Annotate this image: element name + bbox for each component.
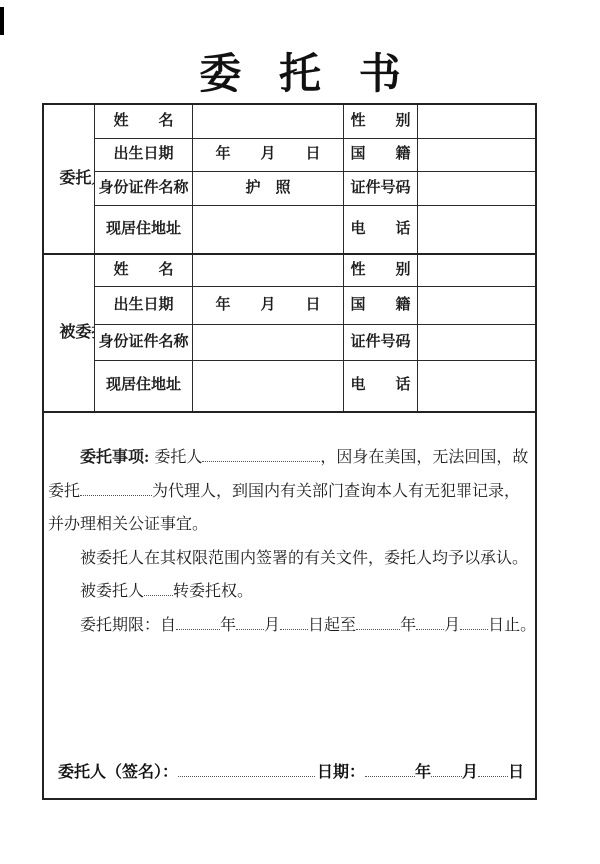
agent-gender-label: 性 别 <box>344 255 418 287</box>
term-start-month-blank <box>236 613 264 630</box>
subdelegation-blank <box>144 579 173 596</box>
signature-label: 委托人（签名）： <box>58 764 178 781</box>
agent-address-label: 现居住地址 <box>95 361 193 411</box>
agent-idnumber-label: 证件号码 <box>344 325 418 361</box>
principal-phone-label: 电 话 <box>344 206 418 253</box>
clause-entrustment-line1: 委托事项:委托人，因身在美国，无法回国，故 <box>48 441 531 475</box>
term-end-month-blank <box>416 613 444 630</box>
date-month-blank <box>431 760 462 777</box>
principal-idnumber-label: 证件号码 <box>344 172 418 206</box>
section-principal: 委托人 姓 名 性 别 出生日期 年 月 日 国 籍 身份证件名称 护 照 证件… <box>44 105 535 255</box>
clause-term: 委托期限：自年月日起至年月日止。 <box>48 609 531 643</box>
principal-name-value <box>193 105 344 139</box>
agent-birthdate-value: 年 月 日 <box>193 287 344 325</box>
agent-party-header: 被委托人 <box>44 255 95 411</box>
principal-gender-value <box>418 105 535 139</box>
signature-line: 委托人（签名）：日期：年月日 <box>58 756 529 790</box>
clause-acknowledgement: 被委托人在其权限范围内签署的有关文件，委托人均予以承认。 <box>48 542 531 576</box>
clause-heading: 委托事项: <box>80 449 149 466</box>
principal-address-label: 现居住地址 <box>95 206 193 253</box>
agent-address-value <box>193 361 344 411</box>
principal-name-blank <box>202 445 320 462</box>
principal-address-value <box>193 206 344 253</box>
principal-nationality-value <box>418 139 535 172</box>
clauses-section: 委托事项:委托人，因身在美国，无法回国，故 委托为代理人，到国内有关部门查询本人… <box>44 413 535 796</box>
clause-entrustment-line3: 并办理相关公证事宜。 <box>48 508 531 542</box>
agent-name-label: 姓 名 <box>95 255 193 287</box>
principal-phone-value <box>418 206 535 253</box>
term-end-year-blank <box>356 613 400 630</box>
authorization-letter-page: { "title": "委托书", "form": { "sections": … <box>0 0 600 864</box>
agent-birthdate-label: 出生日期 <box>95 287 193 325</box>
agent-gender-value <box>418 255 535 287</box>
authorization-form: 委托人 姓 名 性 别 出生日期 年 月 日 国 籍 身份证件名称 护 照 证件… <box>42 103 537 800</box>
agent-name-value <box>193 255 344 287</box>
principal-nationality-label: 国 籍 <box>344 139 418 172</box>
principal-name-label: 姓 名 <box>95 105 193 139</box>
clause-entrustment-line2: 委托为代理人，到国内有关部门查询本人有无犯罪记录， <box>48 475 531 509</box>
agent-phone-value <box>418 361 535 411</box>
scan-artifact-mark <box>0 7 4 35</box>
agent-nationality-value <box>418 287 535 325</box>
date-year-blank <box>365 760 415 777</box>
principal-idtype-label: 身份证件名称 <box>95 172 193 206</box>
agent-phone-label: 电 话 <box>344 361 418 411</box>
section-agent: 被委托人 姓 名 性 别 出生日期 年 月 日 国 籍 身份证件名称 证件号码 … <box>44 255 535 413</box>
principal-idtype-value: 护 照 <box>193 172 344 206</box>
agent-idtype-label: 身份证件名称 <box>95 325 193 361</box>
date-label: 日期： <box>317 764 365 781</box>
date-day-blank <box>478 760 508 777</box>
term-end-day-blank <box>460 613 488 630</box>
agent-nationality-label: 国 籍 <box>344 287 418 325</box>
principal-birthdate-label: 出生日期 <box>95 139 193 172</box>
principal-idnumber-value <box>418 172 535 206</box>
page-title: 委托书 <box>0 0 600 97</box>
signature-blank <box>178 760 315 777</box>
clause-subdelegation: 被委托人转委托权。 <box>48 575 531 609</box>
agent-idtype-value <box>193 325 344 361</box>
principal-birthdate-value: 年 月 日 <box>193 139 344 172</box>
agent-name-blank <box>80 479 152 496</box>
principal-gender-label: 性 别 <box>344 105 418 139</box>
agent-idnumber-value <box>418 325 535 361</box>
term-start-year-blank <box>176 613 220 630</box>
principal-party-header: 委托人 <box>44 105 95 253</box>
term-start-day-blank <box>280 613 308 630</box>
